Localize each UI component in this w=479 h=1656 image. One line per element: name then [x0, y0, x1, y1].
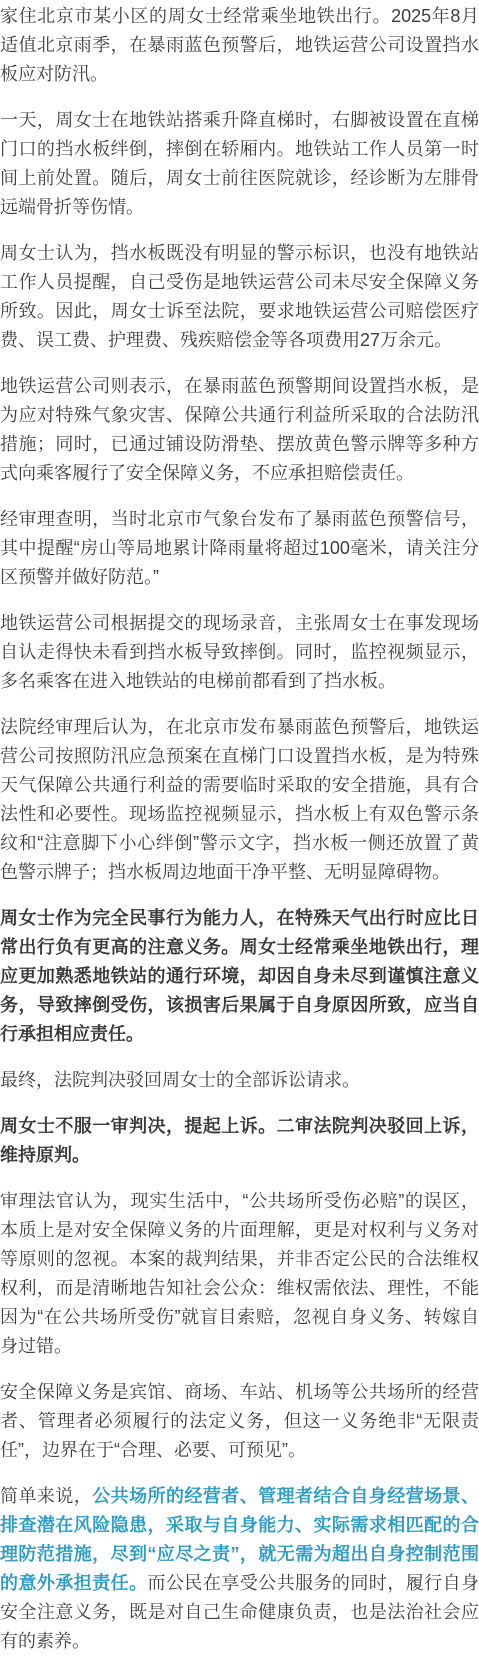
text-segment-normal: 安全保障义务是宾馆、商场、车站、机场等公共场所的经营者、管理者必须履行的法定义务… [0, 1382, 479, 1460]
text-segment-normal: 审理法官认为，现实生活中，“公共场所受伤必赔”的误区，本质上是对安全保障义务的片… [0, 1191, 479, 1356]
paragraph-8: 周女士作为完全民事行为能力人，在特殊天气出行时应比日常出行负有更高的注意义务。周… [0, 904, 479, 1049]
text-segment-bold: 周女士不服一审判决，提起上诉。二审法院判决驳回上诉，维持原判。 [0, 1116, 479, 1165]
paragraph-5: 经审理查明，当时北京市气象台发布了暴雨蓝色预警信号，其中提醒“房山等局地累计降雨… [0, 505, 479, 592]
paragraph-10: 周女士不服一审判决，提起上诉。二审法院判决驳回上诉，维持原判。 [0, 1112, 479, 1170]
paragraph-4: 地铁运营公司则表示，在暴雨蓝色预警期间设置挡水板，是为应对特殊气象灾害、保障公共… [0, 372, 479, 488]
text-segment-normal: 周女士认为，挡水板既没有明显的警示标识，也没有地铁站工作人员提醒，自己受伤是地铁… [0, 243, 479, 350]
text-segment-normal: 法院经审理后认为，在北京市发布暴雨蓝色预警后，地铁运营公司按照防汛应急预案在直梯… [0, 717, 479, 882]
article-body: 家住北京市某小区的周女士经常乘坐地铁出行。2025年8月适值北京雨季，在暴雨蓝色… [0, 0, 479, 1656]
paragraph-12: 安全保障义务是宾馆、商场、车站、机场等公共场所的经营者、管理者必须履行的法定义务… [0, 1378, 479, 1465]
paragraph-2: 一天，周女士在地铁站搭乘升降直梯时，右脚被设置在直梯门口的挡水板绊倒，摔倒在轿厢… [0, 106, 479, 222]
text-segment-normal: 一天，周女士在地铁站搭乘升降直梯时，右脚被设置在直梯门口的挡水板绊倒，摔倒在轿厢… [0, 110, 479, 217]
text-segment-bold: 周女士作为完全民事行为能力人，在特殊天气出行时应比日常出行负有更高的注意义务。周… [0, 908, 479, 1044]
paragraph-7: 法院经审理后认为，在北京市发布暴雨蓝色预警后，地铁运营公司按照防汛应急预案在直梯… [0, 713, 479, 887]
text-segment-normal: 地铁运营公司则表示，在暴雨蓝色预警期间设置挡水板，是为应对特殊气象灾害、保障公共… [0, 376, 479, 483]
text-segment-normal: 经审理查明，当时北京市气象台发布了暴雨蓝色预警信号，其中提醒“房山等局地累计降雨… [0, 509, 479, 587]
text-segment-normal: 地铁运营公司根据提交的现场录音，主张周女士在事发现场自认走得快未看到挡水板导致摔… [0, 613, 479, 691]
paragraph-1: 家住北京市某小区的周女士经常乘坐地铁出行。2025年8月适值北京雨季，在暴雨蓝色… [0, 2, 479, 89]
text-segment-normal: 最终，法院判决驳回周女士的全部诉讼请求。 [0, 1070, 360, 1090]
paragraph-3: 周女士认为，挡水板既没有明显的警示标识，也没有地铁站工作人员提醒，自己受伤是地铁… [0, 239, 479, 355]
text-segment-normal: 家住北京市某小区的周女士经常乘坐地铁出行。2025年8月适值北京雨季，在暴雨蓝色… [0, 6, 479, 84]
paragraph-9: 最终，法院判决驳回周女士的全部诉讼请求。 [0, 1066, 479, 1095]
text-segment-normal: 简单来说， [0, 1486, 92, 1506]
paragraph-6: 地铁运营公司根据提交的现场录音，主张周女士在事发现场自认走得快未看到挡水板导致摔… [0, 609, 479, 696]
paragraph-11: 审理法官认为，现实生活中，“公共场所受伤必赔”的误区，本质上是对安全保障义务的片… [0, 1187, 479, 1361]
paragraph-13: 简单来说，公共场所的经营者、管理者结合自身经营场景、排查潜在风险隐患，采取与自身… [0, 1482, 479, 1656]
